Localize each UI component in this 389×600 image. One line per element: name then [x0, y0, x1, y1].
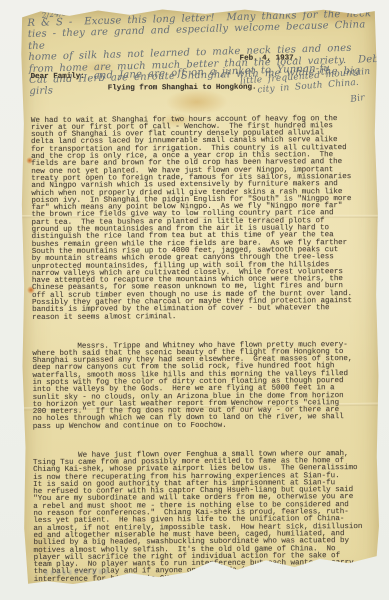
paragraph-3: We have just flown over Fenghua a small … [33, 451, 378, 584]
letter-body: We had to wait at Shanghai for two hours… [31, 101, 378, 600]
subject-line: Flying from Shanghai to Hongkong. [108, 85, 257, 93]
letter-page: 2/24/37 R & S - Excuse this long letter!… [19, 6, 381, 586]
letter-date: Feb. 4, 1937. [240, 55, 299, 63]
paragraph-2: Messrs. Trippe and Whitney who have flow… [32, 341, 377, 431]
salutation: Dear Family: [31, 74, 85, 82]
paragraph-1: We had to wait at Shanghai for two hours… [31, 116, 376, 322]
